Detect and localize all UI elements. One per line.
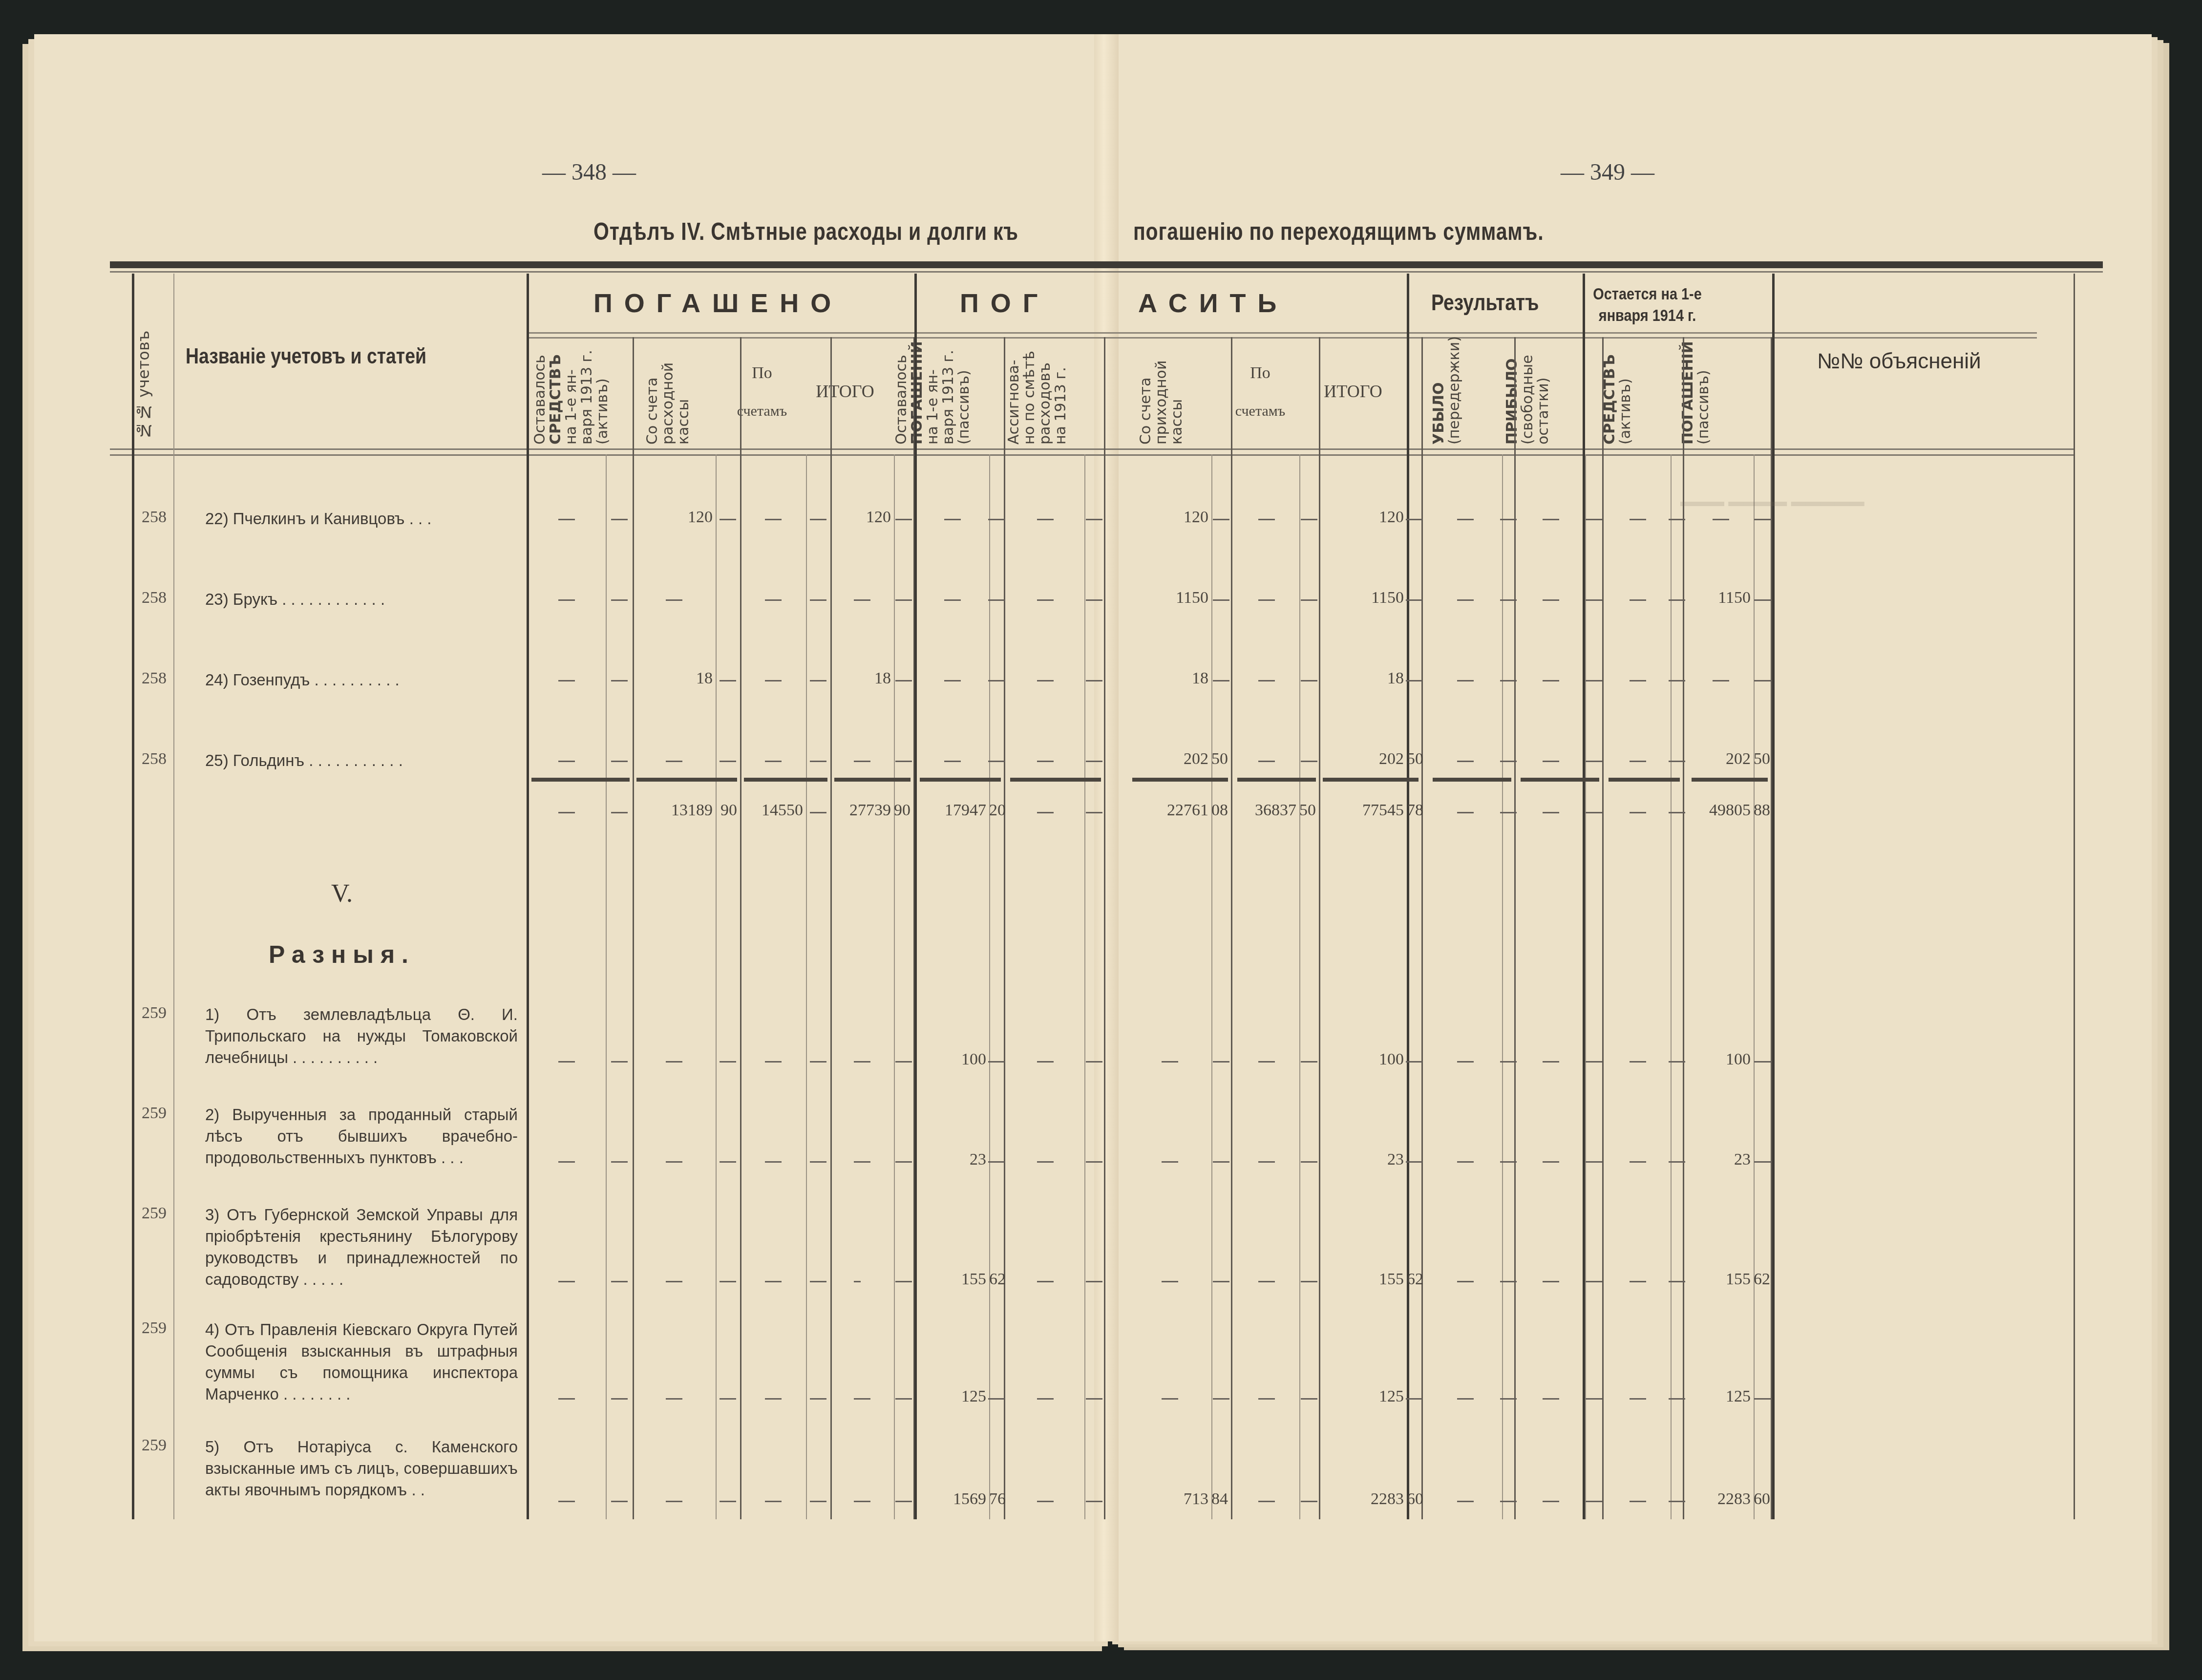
empty-dash xyxy=(1543,599,1559,601)
empty-dash xyxy=(1543,1061,1559,1063)
empty-dash xyxy=(1258,1281,1275,1282)
empty-dash xyxy=(1713,519,1729,520)
empty-dash xyxy=(944,519,961,520)
subheader-line: кассы xyxy=(675,399,692,445)
empty-dash xyxy=(1086,599,1102,601)
empty-dash xyxy=(1213,1161,1229,1163)
empty-dash xyxy=(1301,519,1317,520)
column-divider xyxy=(1514,337,1516,1519)
amount-cell: 1150 xyxy=(1128,589,1208,607)
empty-dash xyxy=(1543,1281,1559,1282)
empty-dash xyxy=(1037,812,1054,813)
empty-dash xyxy=(895,599,912,601)
kopeck-divider xyxy=(989,454,990,1519)
empty-dash xyxy=(765,1398,782,1400)
empty-dash xyxy=(611,599,628,601)
empty-dash xyxy=(1086,812,1102,813)
kopeck-divider xyxy=(1084,454,1085,1519)
empty-dash xyxy=(1457,1281,1474,1282)
empty-dash xyxy=(1457,812,1474,813)
group-divider-result xyxy=(1583,274,1585,1519)
group-divider-pogasheno xyxy=(914,274,917,1519)
header-bottom-rule-2 xyxy=(110,454,2074,456)
subheader-po-schetam-2-top: По xyxy=(1216,364,1304,383)
amount-cell: 13189 xyxy=(633,801,713,820)
account-number: 258 xyxy=(142,750,167,768)
empty-dash xyxy=(1406,519,1422,520)
page-number-right: — 349 — xyxy=(1561,159,1654,186)
empty-dash xyxy=(944,761,961,762)
subheader-line: (активъ) xyxy=(594,378,611,445)
empty-dash xyxy=(810,519,826,520)
empty-dash xyxy=(895,1398,912,1400)
column-divider xyxy=(1004,337,1005,1519)
empty-dash xyxy=(1543,812,1559,813)
amount-cell: 20 xyxy=(989,801,1001,820)
empty-dash xyxy=(1669,1398,1685,1400)
empty-dash xyxy=(1037,1281,1054,1282)
empty-dash xyxy=(765,519,782,520)
amount-cell: 18 xyxy=(830,669,891,688)
totals-rule xyxy=(1132,778,1228,782)
amount-cell: 120 xyxy=(1128,508,1208,527)
totals-rule xyxy=(744,778,827,782)
subheader-ostavalos-pogashenii: ОставалосьПОГАШЕНІЙна 1-е ян-варя 1913 г… xyxy=(894,342,972,445)
empty-dash xyxy=(1301,1398,1317,1400)
empty-dash xyxy=(988,680,1005,681)
totals-rule xyxy=(1521,778,1599,782)
empty-dash xyxy=(765,1501,782,1502)
amount-cell: 155 xyxy=(1319,1270,1404,1289)
empty-dash xyxy=(1754,680,1771,681)
subheader-line: (пассивъ) xyxy=(955,370,973,445)
empty-dash xyxy=(810,1161,826,1163)
amount-cell: 90 xyxy=(894,801,910,820)
header-bottom-rule xyxy=(110,448,2074,450)
empty-dash xyxy=(1630,680,1646,681)
empty-dash xyxy=(988,1161,1005,1163)
item-name: 25) Гольдинъ . . . . . . . . . . . xyxy=(205,750,518,771)
amount-cell: 202 xyxy=(1128,750,1208,768)
empty-dash xyxy=(988,1061,1005,1063)
subheader-so-scheta-prikhodnoi: Со счетаприходнойкассы xyxy=(1138,342,1185,445)
empty-dash xyxy=(720,1398,736,1400)
empty-dash xyxy=(1086,761,1102,762)
amount-cell: 100 xyxy=(916,1050,986,1069)
account-col-divider xyxy=(173,274,174,1519)
totals-rule xyxy=(1323,778,1419,782)
empty-dash xyxy=(611,1281,628,1282)
kopeck-divider xyxy=(716,454,717,1519)
empty-dash xyxy=(1037,519,1054,520)
empty-dash xyxy=(1669,1501,1685,1502)
column-divider xyxy=(1421,337,1423,1519)
empty-dash xyxy=(895,519,912,520)
empty-dash xyxy=(1500,1061,1517,1063)
empty-dash xyxy=(1406,1061,1422,1063)
empty-dash xyxy=(1258,680,1275,681)
empty-dash xyxy=(854,1061,870,1063)
amount-cell: 100 xyxy=(1688,1050,1751,1069)
header-pogasheno: ПОГАШЕНО xyxy=(593,288,843,319)
item-name: 2) Вырученныя за проданный старый лѣсъ о… xyxy=(205,1104,518,1169)
kopeck-divider xyxy=(806,454,807,1519)
empty-dash xyxy=(1457,761,1474,762)
empty-dash xyxy=(895,1061,912,1063)
totals-rule xyxy=(1609,778,1680,782)
amount-cell: 08 xyxy=(1211,801,1228,820)
totals-rule xyxy=(1433,778,1511,782)
empty-dash xyxy=(1037,1061,1054,1063)
empty-dash xyxy=(1500,1281,1517,1282)
empty-dash xyxy=(1586,1398,1602,1400)
empty-dash xyxy=(558,599,575,601)
group-header-divider xyxy=(528,332,2037,334)
kopeck-divider xyxy=(1754,454,1755,1519)
header-result: Результатъ xyxy=(1431,289,1539,316)
empty-dash xyxy=(988,599,1005,601)
top-rule xyxy=(110,261,2103,268)
empty-dash xyxy=(1086,1061,1102,1063)
amount-cell: 18 xyxy=(1128,669,1208,688)
item-name: 23) Брукъ . . . . . . . . . . . . xyxy=(205,589,518,610)
empty-dash xyxy=(558,1161,575,1163)
empty-dash xyxy=(1500,680,1517,681)
column-divider xyxy=(1602,337,1604,1519)
empty-dash xyxy=(1457,680,1474,681)
amount-cell: 713 xyxy=(1128,1490,1208,1509)
empty-dash xyxy=(810,1061,826,1063)
empty-dash xyxy=(1213,519,1229,520)
empty-dash xyxy=(854,1161,870,1163)
subheader-pogashenii: ПОГАШЕНІЙ(пассивъ) xyxy=(1680,342,1712,445)
empty-dash xyxy=(720,1161,736,1163)
name-col-divider xyxy=(527,274,529,1519)
empty-dash xyxy=(1754,1161,1771,1163)
empty-dash xyxy=(1213,1398,1229,1400)
empty-dash xyxy=(1586,1061,1602,1063)
amount-cell: 49805 xyxy=(1688,801,1751,820)
header-pogasit-right: АСИТЬ xyxy=(1138,288,1288,319)
amount-cell: 62 xyxy=(989,1270,1001,1289)
empty-dash xyxy=(854,1398,870,1400)
amount-cell: 202 xyxy=(1319,750,1404,768)
empty-dash xyxy=(810,1398,826,1400)
empty-dash xyxy=(1406,680,1422,681)
empty-dash xyxy=(854,1281,861,1282)
empty-dash xyxy=(1500,1161,1517,1163)
amount-cell: 1150 xyxy=(1688,589,1751,607)
subheader-line: приходной xyxy=(1153,361,1170,445)
subheader-line: Оставалось xyxy=(893,355,910,445)
empty-dash xyxy=(765,599,782,601)
empty-dash xyxy=(611,519,628,520)
column-divider xyxy=(1683,337,1684,1519)
empty-dash xyxy=(1630,1061,1646,1063)
subheader-line: ПОГАШЕНІЙ xyxy=(909,341,926,445)
amount-cell: 60 xyxy=(1754,1490,1768,1509)
empty-dash xyxy=(611,1398,628,1400)
subheader-line: ПРИБЫЛО xyxy=(1503,358,1521,445)
empty-dash xyxy=(666,1281,682,1282)
empty-dash xyxy=(1301,1501,1317,1502)
item-name: 22) Пчелкинъ и Канивцовъ . . . xyxy=(205,508,518,530)
subheader-sredstv: СРЕДСТВЪ(активъ) xyxy=(1602,342,1633,445)
empty-dash xyxy=(1086,1398,1102,1400)
subheader-line: (передержки) xyxy=(1446,336,1463,445)
kopeck-divider xyxy=(1211,454,1212,1519)
empty-dash xyxy=(1406,1398,1422,1400)
section-v-title: Разныя. xyxy=(205,940,479,969)
empty-dash xyxy=(854,599,870,601)
empty-dash xyxy=(1213,1061,1229,1063)
empty-dash xyxy=(611,812,628,813)
empty-dash xyxy=(1162,1161,1178,1163)
amount-cell: 2283 xyxy=(1688,1490,1751,1509)
amount-cell: 90 xyxy=(716,801,737,820)
section-title-right: погашенію по переходящимъ суммамъ. xyxy=(1133,217,1544,246)
subheader-line: варя 1913 г. xyxy=(578,350,595,445)
empty-dash xyxy=(1037,1161,1054,1163)
account-number: 259 xyxy=(142,1104,167,1123)
empty-dash xyxy=(1213,599,1229,601)
empty-dash xyxy=(1669,761,1685,762)
empty-dash xyxy=(988,519,1005,520)
totals-rule xyxy=(834,778,910,782)
empty-dash xyxy=(1406,1161,1422,1163)
column-divider xyxy=(1104,337,1105,1519)
empty-dash xyxy=(1586,1281,1602,1282)
empty-dash xyxy=(1457,1161,1474,1163)
totals-rule xyxy=(920,778,1001,782)
empty-dash xyxy=(810,680,826,681)
empty-dash xyxy=(1543,1398,1559,1400)
subheader-line: на 1913 г. xyxy=(1052,367,1069,445)
amount-cell: 50 xyxy=(1211,750,1228,768)
amount-cell: 125 xyxy=(1688,1387,1751,1406)
empty-dash xyxy=(558,1281,575,1282)
empty-dash xyxy=(1630,1501,1646,1502)
top-rule-thin xyxy=(110,271,2103,273)
empty-dash xyxy=(1586,1501,1602,1502)
empty-dash xyxy=(1500,812,1517,813)
empty-dash xyxy=(1500,761,1517,762)
empty-dash xyxy=(1669,519,1685,520)
empty-dash xyxy=(666,1398,682,1400)
empty-dash xyxy=(1258,519,1275,520)
section-v-roman: V. xyxy=(303,879,381,908)
empty-dash xyxy=(1630,1398,1646,1400)
empty-dash xyxy=(854,1501,870,1502)
amount-cell: 1150 xyxy=(1319,589,1404,607)
empty-dash xyxy=(895,1281,912,1282)
empty-dash xyxy=(611,1061,628,1063)
empty-dash xyxy=(988,761,1005,762)
totals-rule xyxy=(1237,778,1316,782)
empty-dash xyxy=(1258,1398,1275,1400)
item-name: 4) Отъ Правленія Кіевскаго Округа Путей … xyxy=(205,1319,518,1405)
empty-dash xyxy=(765,1281,782,1282)
subheader-line: УБЫЛО xyxy=(1430,383,1447,445)
empty-dash xyxy=(1301,1281,1317,1282)
empty-dash xyxy=(1301,599,1317,601)
empty-dash xyxy=(611,1161,628,1163)
empty-dash xyxy=(666,1501,682,1502)
empty-dash xyxy=(1630,1281,1646,1282)
empty-dash xyxy=(1586,1161,1602,1163)
empty-dash xyxy=(720,1501,736,1502)
subheader-line: СРЕДСТВЪ xyxy=(1601,354,1618,445)
kopeck-divider xyxy=(1585,454,1586,1519)
empty-dash xyxy=(1669,599,1685,601)
empty-dash xyxy=(895,1161,912,1163)
empty-dash xyxy=(720,1061,736,1063)
empty-dash xyxy=(1630,1161,1646,1163)
subheader-so-scheta-raskhodnoi: Со счетарасходнойкассы xyxy=(645,342,692,445)
subheader-line: (активъ) xyxy=(1617,378,1634,445)
empty-dash xyxy=(1586,599,1602,601)
kopeck-divider xyxy=(1502,454,1503,1519)
empty-dash xyxy=(1500,519,1517,520)
amount-cell: 78 xyxy=(1407,801,1419,820)
empty-dash xyxy=(611,761,628,762)
subheader-line: Оставалось xyxy=(531,355,549,445)
kopeck-divider xyxy=(1299,454,1300,1519)
empty-dash xyxy=(1037,680,1054,681)
subheader-ubylo: УБЫЛО(передержки) xyxy=(1431,342,1462,445)
empty-dash xyxy=(558,680,575,681)
empty-dash xyxy=(1630,519,1646,520)
empty-dash xyxy=(1258,1061,1275,1063)
subheader-assignovano: Ассигнова-но по смѣтѣрасходовъна 1913 г. xyxy=(1006,342,1069,445)
amount-cell: 18 xyxy=(1319,669,1404,688)
empty-dash xyxy=(765,761,782,762)
empty-dash xyxy=(1301,1161,1317,1163)
subheader-line: Со счета xyxy=(644,378,661,445)
empty-dash xyxy=(558,1061,575,1063)
empty-dash xyxy=(1669,1161,1685,1163)
empty-dash xyxy=(810,599,826,601)
outer-left-border xyxy=(132,274,134,1519)
empty-dash xyxy=(810,1281,826,1282)
empty-dash xyxy=(1301,1061,1317,1063)
amount-cell: 2283 xyxy=(1319,1490,1404,1509)
amount-cell: 76 xyxy=(989,1490,1001,1509)
empty-dash xyxy=(1258,599,1275,601)
empty-dash xyxy=(1543,680,1559,681)
amount-cell: 22761 xyxy=(1128,801,1208,820)
amount-cell: 50 xyxy=(1754,750,1768,768)
empty-dash xyxy=(1586,680,1602,681)
empty-dash xyxy=(1754,1398,1771,1400)
amount-cell: 100 xyxy=(1319,1050,1404,1069)
totals-rule xyxy=(636,778,737,782)
amount-cell: 14550 xyxy=(740,801,803,820)
subheader-po-schetam-2-bottom: счетамъ xyxy=(1216,403,1304,420)
amount-cell: 18 xyxy=(633,669,713,688)
empty-dash xyxy=(1086,1501,1102,1502)
empty-dash xyxy=(765,1061,782,1063)
kopeck-divider xyxy=(894,454,895,1519)
amount-cell: 23 xyxy=(1688,1150,1751,1169)
account-number: 259 xyxy=(142,1319,167,1338)
subheader-pribylo: ПРИБЫЛО(свободныеостатки) xyxy=(1504,342,1551,445)
amount-cell: 60 xyxy=(1407,1490,1419,1509)
totals-rule xyxy=(1010,778,1101,782)
empty-dash xyxy=(720,761,736,762)
empty-dash xyxy=(1301,680,1317,681)
empty-dash xyxy=(1037,761,1054,762)
amount-cell: 17947 xyxy=(916,801,986,820)
empty-dash xyxy=(1630,812,1646,813)
empty-dash xyxy=(1162,1061,1178,1063)
subheader-itogo-2: ИТОГО xyxy=(1309,381,1397,402)
amount-cell: 62 xyxy=(1407,1270,1419,1289)
totals-rule xyxy=(1692,778,1768,782)
empty-dash xyxy=(1630,599,1646,601)
empty-dash xyxy=(666,599,682,601)
empty-dash xyxy=(1086,519,1102,520)
amount-cell: 120 xyxy=(633,508,713,527)
empty-dash xyxy=(666,761,682,762)
empty-dash xyxy=(765,680,782,681)
amount-cell: 23 xyxy=(1319,1150,1404,1169)
empty-dash xyxy=(1754,519,1771,520)
empty-dash xyxy=(1500,599,1517,601)
empty-dash xyxy=(558,761,575,762)
account-number: 259 xyxy=(142,1204,167,1223)
empty-dash xyxy=(810,761,826,762)
empty-dash xyxy=(1586,761,1602,762)
empty-dash xyxy=(1457,1398,1474,1400)
empty-dash xyxy=(558,1398,575,1400)
item-name: 1) Отъ землевладѣльца Θ. И. Трипольскаго… xyxy=(205,1004,518,1068)
amount-cell: 62 xyxy=(1754,1270,1768,1289)
empty-dash xyxy=(944,680,961,681)
subheader-line: на 1-е ян- xyxy=(924,369,941,445)
empty-dash xyxy=(1669,812,1685,813)
amount-cell: 125 xyxy=(1319,1387,1404,1406)
subheader-line: (пассивъ) xyxy=(1695,370,1712,445)
amount-cell: 125 xyxy=(916,1387,986,1406)
empty-dash xyxy=(1037,1501,1054,1502)
empty-dash xyxy=(1713,680,1729,681)
item-name: 3) Отъ Губернской Земской Управы для прі… xyxy=(205,1204,518,1290)
empty-dash xyxy=(1754,1061,1771,1063)
amount-cell: 120 xyxy=(830,508,891,527)
subheader-line: Ассигнова- xyxy=(1005,360,1022,445)
empty-dash xyxy=(1086,680,1102,681)
empty-dash xyxy=(895,761,912,762)
subheader-line: но по смѣтѣ xyxy=(1021,351,1038,445)
empty-dash xyxy=(720,519,736,520)
empty-dash xyxy=(1406,599,1422,601)
empty-dash xyxy=(1213,1281,1229,1282)
subheader-line: расходной xyxy=(659,362,677,445)
empty-dash xyxy=(1586,519,1602,520)
subheader-line: кассы xyxy=(1168,399,1186,445)
account-number: 258 xyxy=(142,669,167,688)
amount-cell: 23 xyxy=(916,1150,986,1169)
empty-dash xyxy=(1543,1161,1559,1163)
header-pogasit-left: ПОГ xyxy=(960,288,1049,319)
amount-cell: 77545 xyxy=(1319,801,1404,820)
empty-dash xyxy=(1301,761,1317,762)
page-number-left: — 348 — xyxy=(542,159,636,186)
empty-dash xyxy=(1258,1501,1275,1502)
empty-dash xyxy=(1162,1398,1178,1400)
amount-cell: 155 xyxy=(1688,1270,1751,1289)
